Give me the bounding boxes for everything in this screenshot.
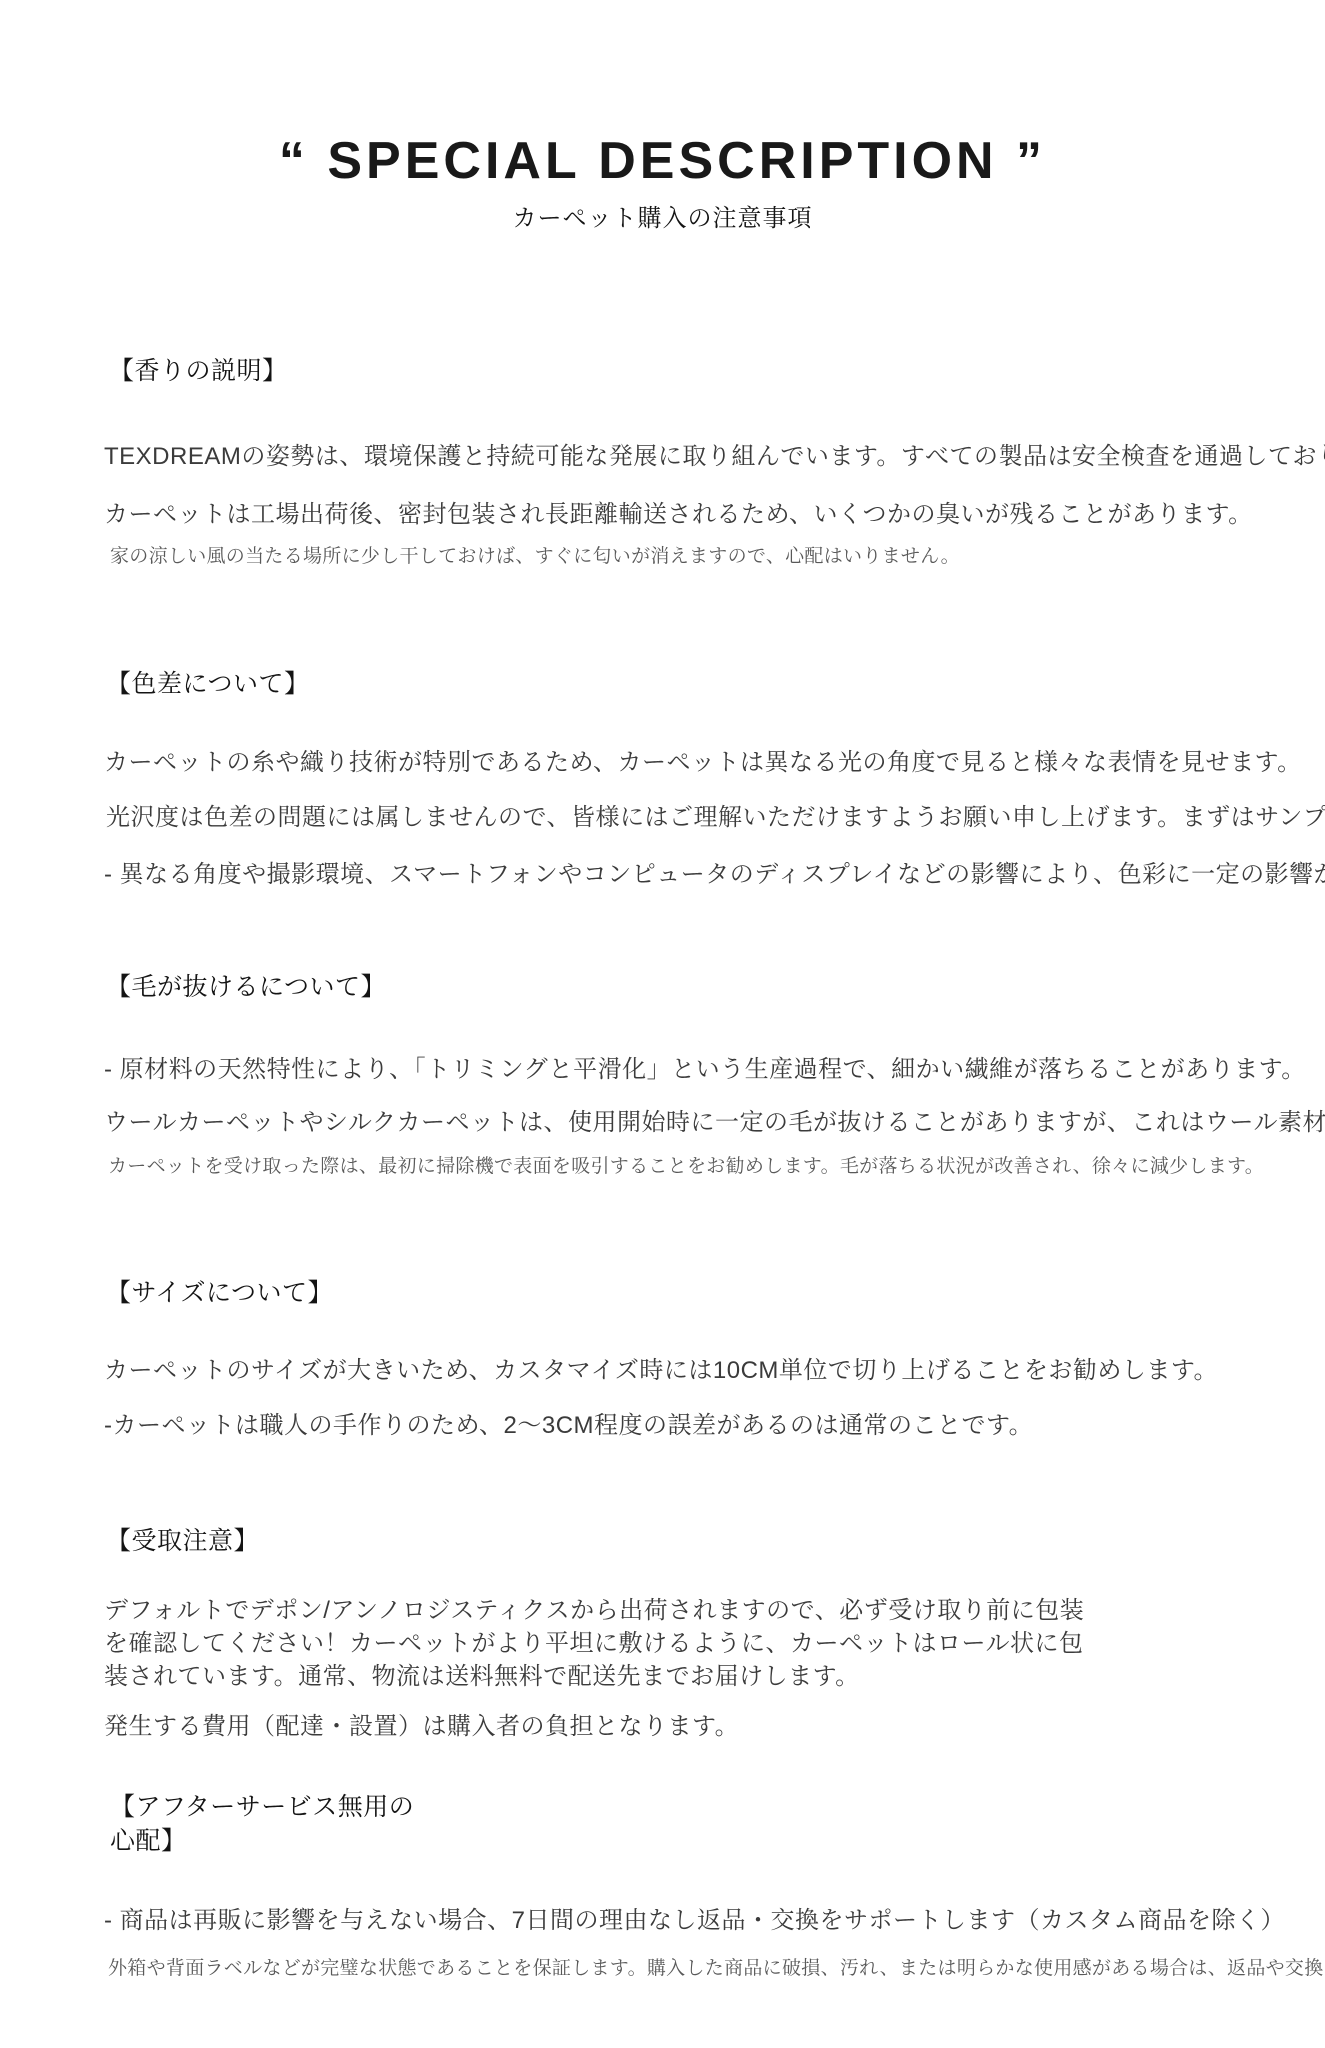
shedding-paragraph-2: ウールカーペットやシルクカーペットは、使用開始時に一定の毛が抜けることがあります… — [104, 1102, 1325, 1137]
section-heading-after-service: 【アフターサービス無用の 心配】 — [110, 1790, 414, 1858]
scent-paragraph-1: TEXDREAMの姿勢は、環境保護と持続可能な発展に取り組んでいます。すべての製… — [104, 436, 1325, 471]
page-subtitle: カーペット購入の注意事項 — [0, 198, 1325, 233]
receiving-paragraph-1: デフォルトでデポン/アンノロジスティクスから出荷されますので、必ず受け取り前に包… — [104, 1594, 1089, 1693]
color-difference-paragraph-3: - 異なる角度や撮影環境、スマートフォンやコンピュータのディスプレイなどの影響に… — [104, 854, 1325, 889]
after-service-note: 外箱や背面ラベルなどが完璧な状態であることを保証します。購入した商品に破損、汚れ… — [108, 1953, 1325, 1980]
section-heading-size: 【サイズについて】 — [106, 1273, 333, 1309]
after-service-paragraph-1: - 商品は再販に影響を与えない場合、7日間の理由なし返品・交換をサポートします（… — [104, 1900, 1285, 1935]
section-heading-color-difference: 【色差について】 — [106, 664, 310, 700]
shedding-paragraph-1: - 原材料の天然特性により、「トリミングと平滑化」という生産過程で、細かい繊維が… — [104, 1049, 1306, 1084]
size-paragraph-1: カーペットのサイズが大きいため、カスタマイズ時には10CM単位で切り上げることを… — [104, 1350, 1218, 1385]
shedding-note: カーペットを受け取った際は、最初に掃除機で表面を吸引することをお勧めします。毛が… — [108, 1151, 1264, 1178]
section-heading-scent: 【香りの説明】 — [109, 351, 288, 387]
after-service-heading-line-1: 【アフターサービス無用の — [110, 1790, 414, 1824]
page-title: “ SPECIAL DESCRIPTION ” — [0, 131, 1325, 191]
scent-paragraph-2: カーペットは工場出荷後、密封包装され長距離輸送されるため、いくつかの臭いが残るこ… — [104, 494, 1253, 529]
receiving-paragraph-2: 発生する費用（配達・設置）は購入者の負担となります。 — [104, 1706, 739, 1741]
color-difference-paragraph-2: 光沢度は色差の問題には属しませんので、皆様にはご理解いただけますようお願い申し上… — [106, 797, 1325, 832]
scent-note: 家の涼しい風の当たる場所に少し干しておけば、すぐに匂いが消えますので、心配はいり… — [110, 541, 960, 568]
after-service-heading-line-2: 心配】 — [110, 1824, 414, 1858]
section-heading-shedding: 【毛が抜けるについて】 — [106, 967, 386, 1003]
special-description-page: “ SPECIAL DESCRIPTION ” カーペット購入の注意事項 【香り… — [0, 0, 1325, 2048]
section-heading-receiving: 【受取注意】 — [106, 1521, 259, 1557]
color-difference-paragraph-1: カーペットの糸や織り技術が特別であるため、カーペットは異なる光の角度で見ると様々… — [104, 742, 1302, 777]
size-paragraph-2: -カーペットは職人の手作りのため、2〜3CM程度の誤差があるのは通常のことです。 — [104, 1405, 1033, 1440]
